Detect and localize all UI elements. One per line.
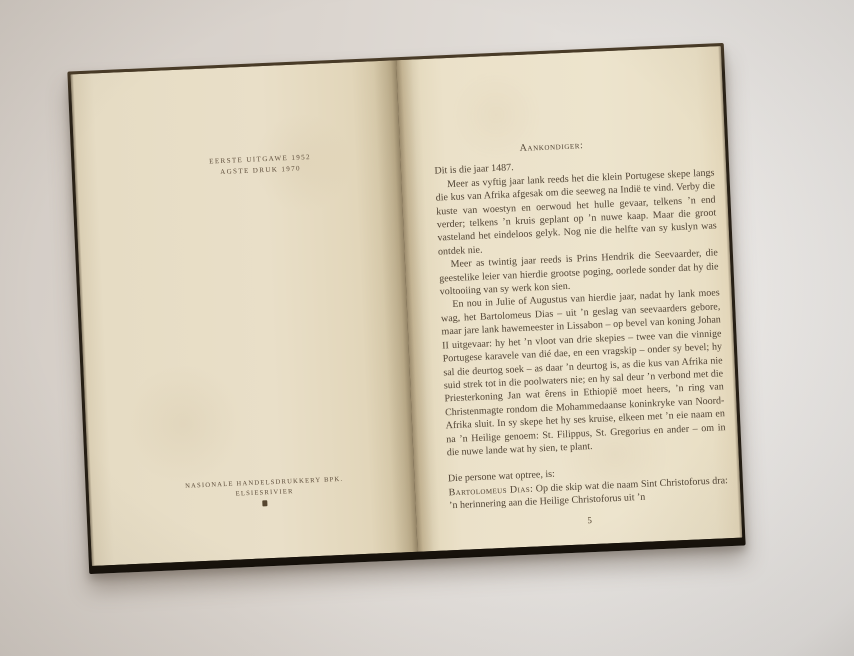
page-number: 5 [450, 508, 730, 534]
cast-name: Bartolomeus Dias: [448, 483, 533, 498]
paragraph: En nou in Julie of Augustus van hierdie … [440, 287, 726, 460]
edition-notice: EERSTE UITGAWE 1952 AGSTE DRUK 1970 [74, 148, 400, 184]
paragraph: Meer as vyftig jaar lank reeds het die k… [435, 166, 718, 259]
book-pages: EERSTE UITGAWE 1952 AGSTE DRUK 1970 NASI… [70, 46, 742, 566]
photo-of-open-book: { "book": { "left_page": { "edition_line… [0, 0, 854, 656]
printers-mark-icon [262, 500, 267, 506]
page-heading: Aankondiger: [519, 133, 713, 155]
open-book: EERSTE UITGAWE 1952 AGSTE DRUK 1970 NASI… [67, 43, 745, 574]
page-text-column: Aankondiger: Dit is die jaar 1487. Meer … [396, 46, 743, 552]
printer-imprint: NASIONALE HANDELSDRUKKERY BPK. ELSIESRIV… [88, 472, 415, 518]
left-page: EERSTE UITGAWE 1952 AGSTE DRUK 1970 NASI… [70, 60, 417, 566]
right-page: Aankondiger: Dit is die jaar 1487. Meer … [396, 46, 743, 552]
